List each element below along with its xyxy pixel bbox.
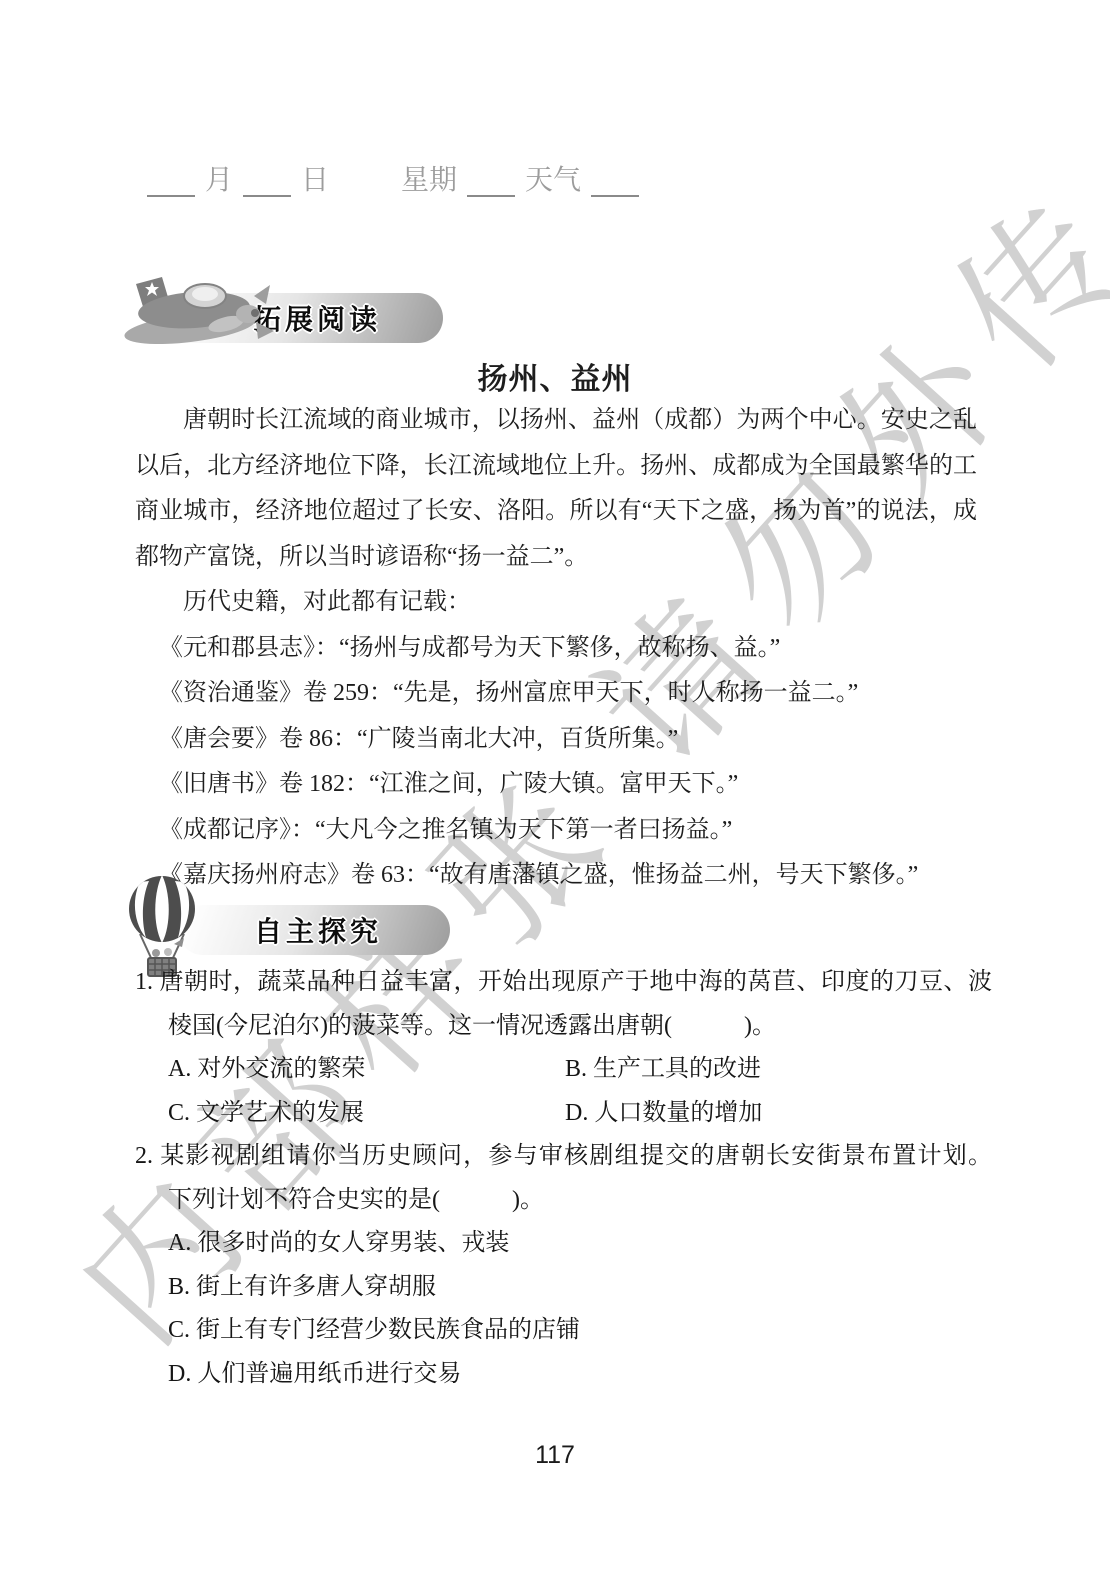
month-blank-line xyxy=(147,165,195,197)
passage-line: 商业城市，经济地位超过了长安、洛阳。所以有“天下之盛，扬为首”的说法，成 xyxy=(135,489,977,535)
month-label: 月 xyxy=(205,163,233,197)
self-exploration-badge-label: 自主探究 xyxy=(254,910,382,950)
self-exploration-badge: 自主探究 xyxy=(178,905,450,955)
date-line: 月 日 星期 天气 xyxy=(137,163,649,197)
weekday-label: 星期 xyxy=(401,163,457,197)
weekday-blank-line xyxy=(467,165,515,197)
question-1-line: 棱国(今尼泊尔)的菠菜等。这一情况透露出唐朝( )。 xyxy=(135,1005,992,1049)
question-2-option-c: C. 街上有专门经营少数民族食品的店铺 xyxy=(135,1309,992,1353)
page-number: 117 xyxy=(0,1441,1110,1470)
record-quote-line: 《旧唐书》卷 182：“江淮之间，广陵大镇。富甲天下。” xyxy=(135,762,977,808)
day-label: 日 xyxy=(301,163,329,197)
airplane-icon xyxy=(108,268,280,356)
question-2-option-a: A. 很多时尚的女人穿男装、戎装 xyxy=(135,1222,992,1266)
question-1-option-d: D. 人口数量的增加 xyxy=(565,1092,762,1136)
question-1-options-row: A. 对外交流的繁荣 B. 生产工具的改进 xyxy=(135,1048,992,1092)
day-blank-line xyxy=(243,165,291,197)
article-title: 扬州、益州 xyxy=(0,357,1110,402)
record-quote-line: 《唐会要》卷 86：“广陵当南北大冲，百货所集。” xyxy=(135,717,977,763)
passage-line: 历代史籍，对此都有记载： xyxy=(135,580,977,626)
workbook-page: 内部样张 请勿外传 月 日 星期 天气 拓展阅读 xyxy=(0,0,1110,1571)
exploration-questions: 1. 唐朝时，蔬菜品种日益丰富，开始出现原产于地中海的莴苣、印度的刀豆、波 棱国… xyxy=(135,961,992,1396)
question-2-line: 2. 某影视剧组请你当历史顾问，参与审核剧组提交的唐朝长安街景布置计划。 xyxy=(135,1135,992,1179)
passage-line: 以后，北方经济地位下降，长江流域地位上升。扬州、成都成为全国最繁华的工 xyxy=(135,444,977,490)
question-2-option-d: D. 人们普遍用纸币进行交易 xyxy=(135,1353,992,1397)
question-1-line: 1. 唐朝时，蔬菜品种日益丰富，开始出现原产于地中海的莴苣、印度的刀豆、波 xyxy=(135,961,992,1005)
passage-line: 唐朝时长江流域的商业城市，以扬州、益州（成都）为两个中心。安史之乱 xyxy=(135,398,977,444)
question-1-option-b: B. 生产工具的改进 xyxy=(565,1048,761,1092)
question-1-options-row: C. 文学艺术的发展 D. 人口数量的增加 xyxy=(135,1092,992,1136)
record-quote-line: 《元和郡县志》：“扬州与成都号为天下繁侈，故称扬、益。” xyxy=(135,626,977,672)
question-2-line: 下列计划不符合史实的是( )。 xyxy=(135,1179,992,1223)
section-extended-reading: 拓展阅读 xyxy=(108,268,528,358)
record-quote-line: 《成都记序》：“大凡今之推名镇为天下第一者曰扬益。” xyxy=(135,808,977,854)
passage-line: 都物产富饶，所以当时谚语称“扬一益二”。 xyxy=(135,535,977,581)
question-1-option-a: A. 对外交流的繁荣 xyxy=(168,1048,365,1092)
weather-label: 天气 xyxy=(525,163,581,197)
record-quote-line: 《资治通鉴》卷 259：“先是，扬州富庶甲天下，时人称扬一益二。” xyxy=(135,671,977,717)
question-2-option-b: B. 街上有许多唐人穿胡服 xyxy=(135,1266,992,1310)
question-1-option-c: C. 文学艺术的发展 xyxy=(168,1092,364,1136)
reading-passage: 唐朝时长江流域的商业城市，以扬州、益州（成都）为两个中心。安史之乱 以后，北方经… xyxy=(135,398,977,899)
weather-blank-line xyxy=(591,165,639,197)
